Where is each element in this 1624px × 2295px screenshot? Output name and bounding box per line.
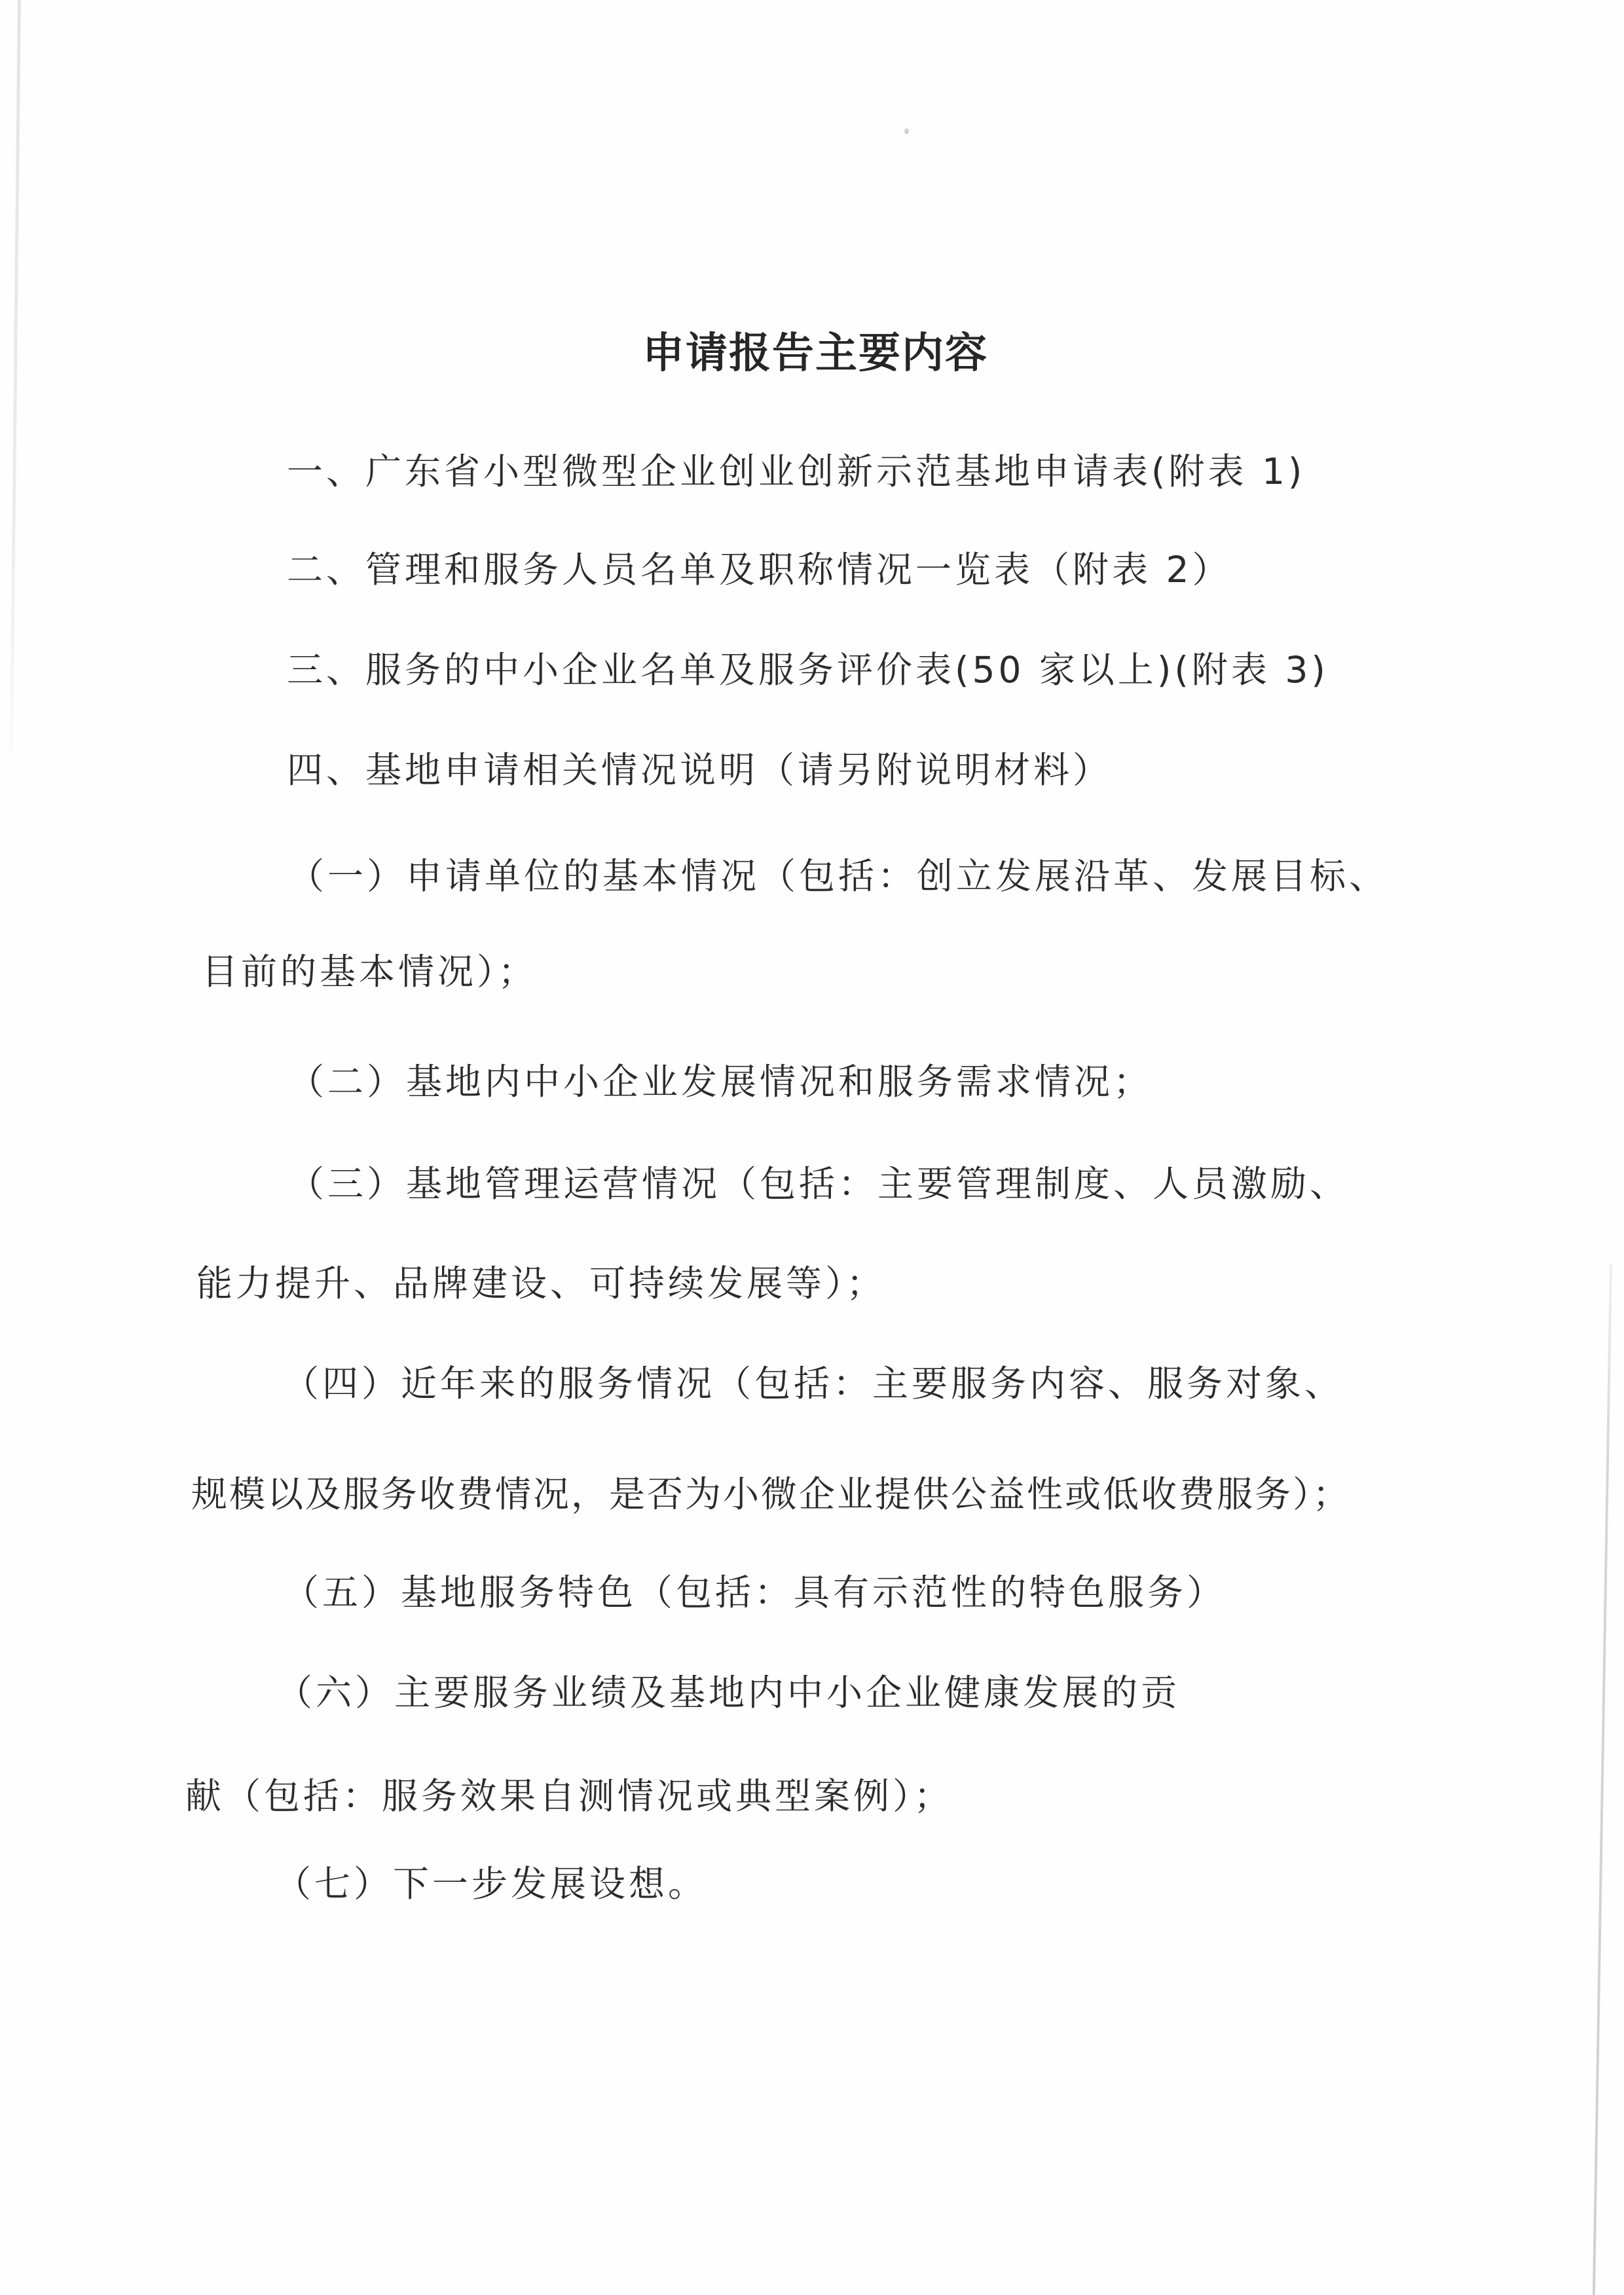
item-3: 三、服务的中小企业名单及服务评价表(50 家以上)(附表 3) (287, 647, 1329, 693)
sub-item-1: （一）申请单位的基本情况（包括：创立发展沿革、发展目标、 (288, 853, 1388, 899)
sub-item-4: （四）近年来的服务情况（包括：主要服务内容、服务对象、 (283, 1361, 1344, 1406)
scanned-page: 申请报告主要内容 一、广东省小型微型企业创业创新示范基地申请表(附表 1) 二、… (0, 0, 1624, 2295)
sub-item-1-continuation: 目前的基本情况）； (202, 949, 538, 995)
document-title: 申请报告主要内容 (0, 327, 1624, 380)
scan-edge-line-right (1593, 1264, 1612, 2295)
sub-item-4-continuation: 规模以及服务收费情况，是否为小微企业提供公益性或低收费服务）； (191, 1471, 1351, 1517)
item-2: 二、管理和服务人员名单及职称情况一览表（附表 2） (287, 547, 1231, 593)
sub-item-5: （五）基地服务特色（包括：具有示范性的特色服务） (283, 1570, 1226, 1615)
item-1: 一、广东省小型微型企业创业创新示范基地申请表(附表 1) (287, 449, 1305, 494)
sub-item-3-continuation: 能力提升、品牌建设、可持续发展等）； (196, 1260, 886, 1306)
item-4: 四、基地申请相关情况说明（请另附说明材料） (287, 747, 1112, 793)
sub-item-2: （二）基地内中小企业发展情况和服务需求情况； (288, 1059, 1153, 1105)
sub-item-6: （六）主要服务业绩及基地内中小企业健康发展的贡 (276, 1670, 1180, 1716)
sub-item-3: （三）基地管理运营情况（包括：主要管理制度、人员激励、 (288, 1161, 1349, 1207)
scan-speck (904, 128, 909, 134)
sub-item-7: （七）下一步发展设想。 (275, 1861, 707, 1907)
sub-item-6-continuation: 献（包括：服务效果自测情况或典型案例）； (185, 1773, 953, 1819)
